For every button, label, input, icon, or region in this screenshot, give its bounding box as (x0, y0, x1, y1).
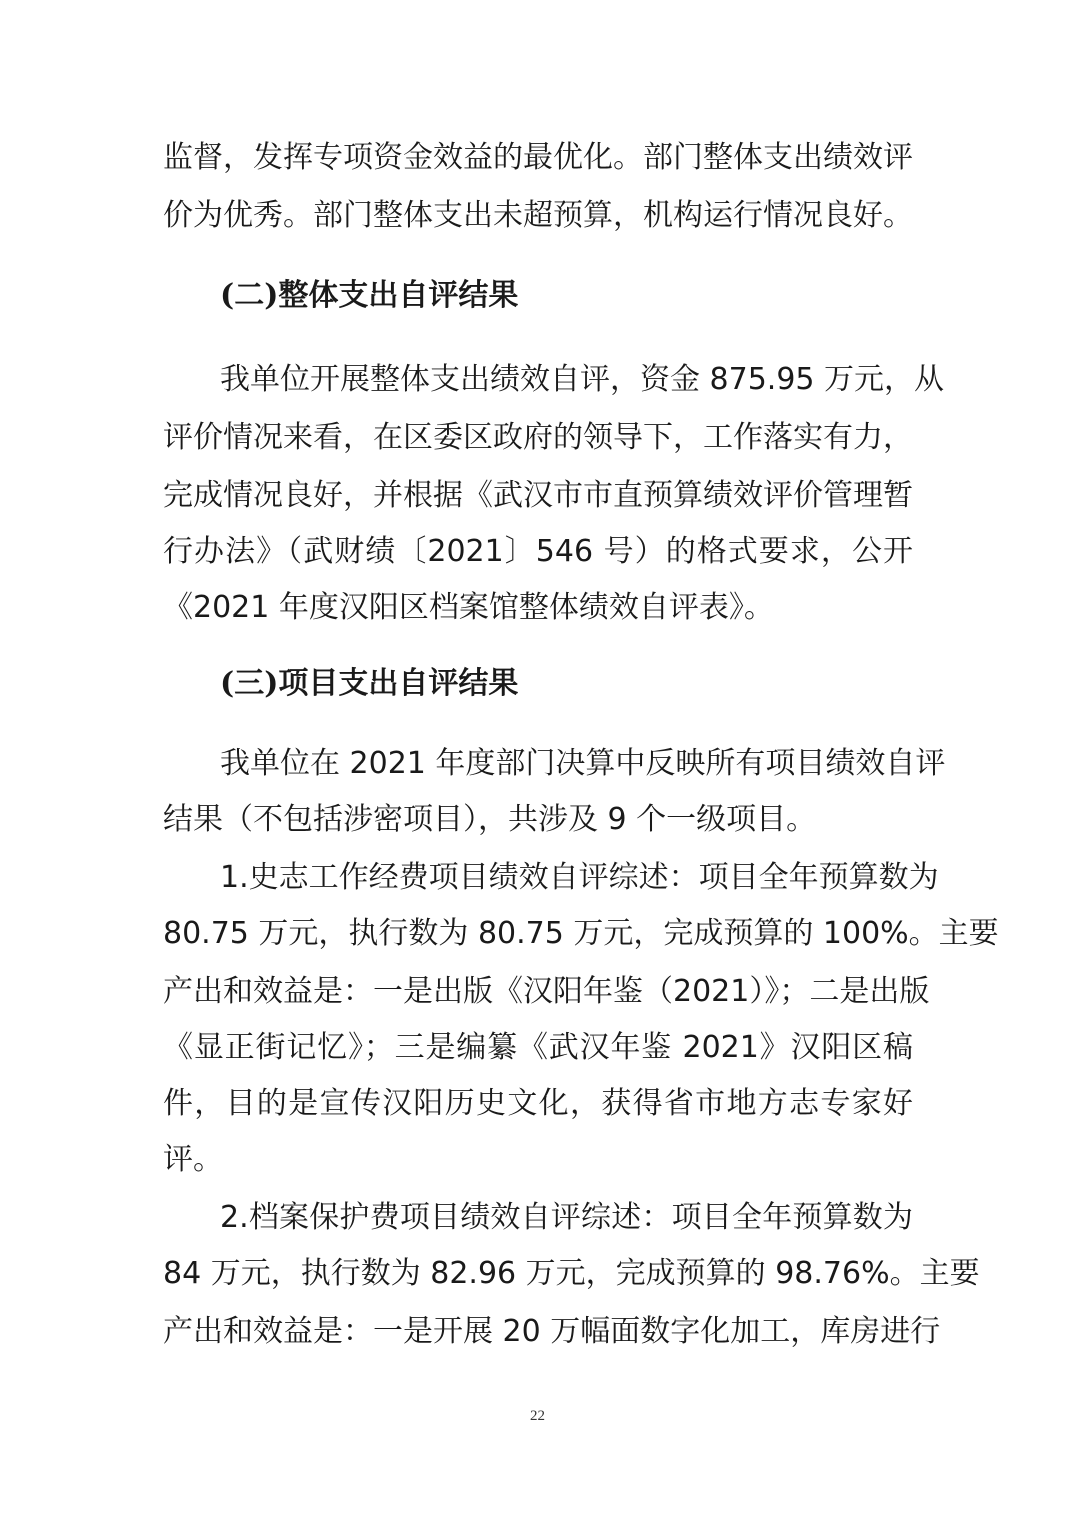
text-line: 2.档案保护费项目绩效自评综述：项目全年预算数为 (220, 1198, 913, 1238)
text-line: 评。 (163, 1140, 913, 1180)
text-line: 产出和效益是：一是出版《汉阳年鉴（2021）》；二是出版 (163, 972, 913, 1012)
text-line: 84 万元，执行数为 82.96 万元，完成预算的 98.76%。主要 (163, 1254, 913, 1294)
section-heading-project-expenditure: (三)项目支出自评结果 (220, 664, 518, 704)
document-page: 监督，发挥专项资金效益的最优化。部门整体支出绩效评 价为优秀。部门整体支出未超预… (0, 0, 1075, 1521)
text-line: 结果（不包括涉密项目），共涉及 9 个一级项目。 (163, 800, 913, 840)
text-line: 80.75 万元，执行数为 80.75 万元，完成预算的 100%。主要 (163, 914, 913, 954)
text-line: 1.史志工作经费项目绩效自评综述：项目全年预算数为 (220, 858, 913, 898)
text-line: 完成情况良好，并根据《武汉市市直预算绩效评价管理暂 (163, 476, 913, 516)
text-line: 监督，发挥专项资金效益的最优化。部门整体支出绩效评 (163, 138, 913, 178)
section-heading-overall-expenditure: (二)整体支出自评结果 (220, 276, 518, 316)
text-line: 件，目的是宣传汉阳历史文化，获得省市地方志专家好 (163, 1084, 913, 1124)
page-number: 22 (0, 1408, 1075, 1425)
text-line: 《显正街记忆》；三是编纂《武汉年鉴 2021》汉阳区稿 (163, 1028, 913, 1068)
text-line: 《2021 年度汉阳区档案馆整体绩效自评表》。 (163, 588, 913, 628)
text-line: 行办法》（武财绩〔2021〕546 号）的格式要求，公开 (163, 532, 913, 572)
text-line: 产出和效益是：一是开展 20 万幅面数字化加工，库房进行 (163, 1312, 913, 1352)
text-line: 价为优秀。部门整体支出未超预算，机构运行情况良好。 (163, 196, 913, 236)
text-line: 评价情况来看，在区委区政府的领导下，工作落实有力， (163, 418, 913, 458)
text-line: 我单位开展整体支出绩效自评，资金 875.95 万元，从 (220, 360, 913, 400)
text-line: 我单位在 2021 年度部门决算中反映所有项目绩效自评 (220, 744, 913, 784)
